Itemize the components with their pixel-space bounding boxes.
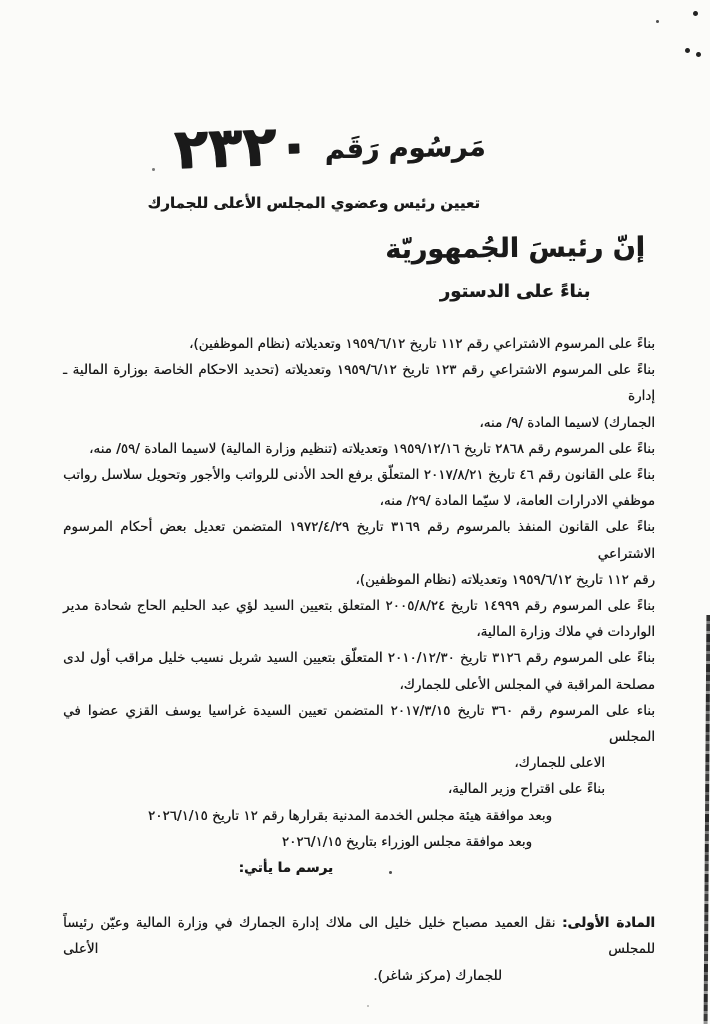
document-line: الواردات في ملاك وزارة المالية، <box>63 619 655 645</box>
document-line: المادة الأولى: نقل العميد مصباح خليل خلي… <box>63 910 655 962</box>
document-line: بناءً على المرسوم الاشتراعي رقم ١٢٣ تاري… <box>63 357 655 409</box>
document-line: بناءً على المرسوم رقم ٢٨٦٨ تاريخ ١٩٥٩/١٢… <box>63 436 655 462</box>
line-text: يرسم ما يأتي: <box>239 860 333 876</box>
document-line: بناءً على اقتراح وزير المالية، <box>63 776 655 802</box>
decree-word: مَرسُوم رَقَم <box>325 131 486 165</box>
decree-number-heading: مَرسُوم رَقَم ٢٣٢٠ <box>175 108 485 188</box>
ink-speck <box>685 48 690 53</box>
line-text: بناءً على المرسوم الاشتراعي رقم ١١٢ تاري… <box>189 336 655 352</box>
document-line: للجمارك (مركز شاغر). <box>63 963 655 989</box>
ink-speck <box>656 20 659 23</box>
line-text: مصلحة المراقبة في المجلس الأعلى للجمارك، <box>399 677 655 693</box>
document-line: الاعلى للجمارك، <box>63 750 655 776</box>
line-text: بناءً على القانون رقم ٤٦ تاريخ ٢٠١٧/٨/٢١… <box>63 467 655 483</box>
ink-speck <box>696 52 701 57</box>
scan-edge-artifact <box>704 615 710 1024</box>
document-line: بناءً على المرسوم رقم ١٤٩٩٩ تاريخ ٢٠٠٥/٨… <box>63 593 655 619</box>
article-one-label: المادة الأولى: <box>562 915 655 931</box>
decree-title: تعيين رئيس وعضوي المجلس الأعلى للجمارك <box>180 194 480 212</box>
constitution-calligraphy: بناءً على الدستور <box>390 281 640 302</box>
document-line: بناءً على القانون المنفذ بالمرسوم رقم ٣١… <box>63 514 655 566</box>
line-text: وبعد موافقة مجلس الوزراء بتاريخ ٢٠٢٦/١/١… <box>282 834 532 850</box>
line-text: بناءً على المرسوم الاشتراعي رقم ١٢٣ تاري… <box>63 362 655 404</box>
line-text: بناءً على المرسوم رقم ٢٨٦٨ تاريخ ١٩٥٩/١٢… <box>89 441 655 457</box>
document-line: بناءً على القانون رقم ٤٦ تاريخ ٢٠١٧/٨/٢١… <box>63 462 655 488</box>
document-line: مصلحة المراقبة في المجلس الأعلى للجمارك، <box>63 672 655 698</box>
line-text: بناءً على اقتراح وزير المالية، <box>448 781 605 797</box>
line-text: وبعد موافقة هيئة مجلس الخدمة المدنية بقر… <box>148 808 552 824</box>
line-text: بناءً على القانون المنفذ بالمرسوم رقم ٣١… <box>63 519 655 561</box>
line-text: بناء على المرسوم رقم ٣٦٠ تاريخ ٢٠١٧/٣/١٥… <box>63 703 655 745</box>
document-line: وبعد موافقة مجلس الوزراء بتاريخ ٢٠٢٦/١/١… <box>63 829 655 855</box>
line-text: بناءً على المرسوم رقم ١٤٩٩٩ تاريخ ٢٠٠٥/٨… <box>63 598 655 614</box>
document-line: بناءً على المرسوم رقم ٣١٢٦ تاريخ ٢٠١٠/١٢… <box>63 645 655 671</box>
decree-number: ٢٣٢٠ <box>173 118 312 179</box>
document-line: الجمارك) لاسيما المادة /٩/ منه، <box>63 410 655 436</box>
document-line: بناءً على المرسوم الاشتراعي رقم ١١٢ تاري… <box>63 331 655 357</box>
document-line: وبعد موافقة هيئة مجلس الخدمة المدنية بقر… <box>63 803 655 829</box>
scanned-decree-page: مَرسُوم رَقَم ٢٣٢٠ تعيين رئيس وعضوي المج… <box>0 0 710 1024</box>
ink-speck <box>367 1005 369 1007</box>
ink-speck <box>693 11 698 16</box>
document-line: رقم ١١٢ تاريخ ١٩٥٩/٦/١٢ وتعديلاته (نظام … <box>63 567 655 593</box>
line-text: بناءً على المرسوم رقم ٣١٢٦ تاريخ ٢٠١٠/١٢… <box>63 650 655 666</box>
president-calligraphy: إنّ رئيسَ الجُمهوريّة <box>370 232 660 266</box>
decree-body: بناءً على المرسوم الاشتراعي رقم ١١٢ تاري… <box>63 331 655 989</box>
line-text: للجمارك (مركز شاغر). <box>373 968 502 984</box>
document-line: موظفي الادرارات العامة، لا سيّما المادة … <box>63 488 655 514</box>
document-line: بناء على المرسوم رقم ٣٦٠ تاريخ ٢٠١٧/٣/١٥… <box>63 698 655 750</box>
ink-speck <box>152 168 155 171</box>
line-text: الاعلى للجمارك، <box>514 755 605 771</box>
line-text: الواردات في ملاك وزارة المالية، <box>476 624 655 640</box>
line-text: رقم ١١٢ تاريخ ١٩٥٩/٦/١٢ وتعديلاته (نظام … <box>355 572 655 588</box>
line-text: موظفي الادرارات العامة، لا سيّما المادة … <box>380 493 656 509</box>
line-text: الجمارك) لاسيما المادة /٩/ منه، <box>479 415 655 431</box>
document-line: يرسم ما يأتي: <box>63 855 655 881</box>
